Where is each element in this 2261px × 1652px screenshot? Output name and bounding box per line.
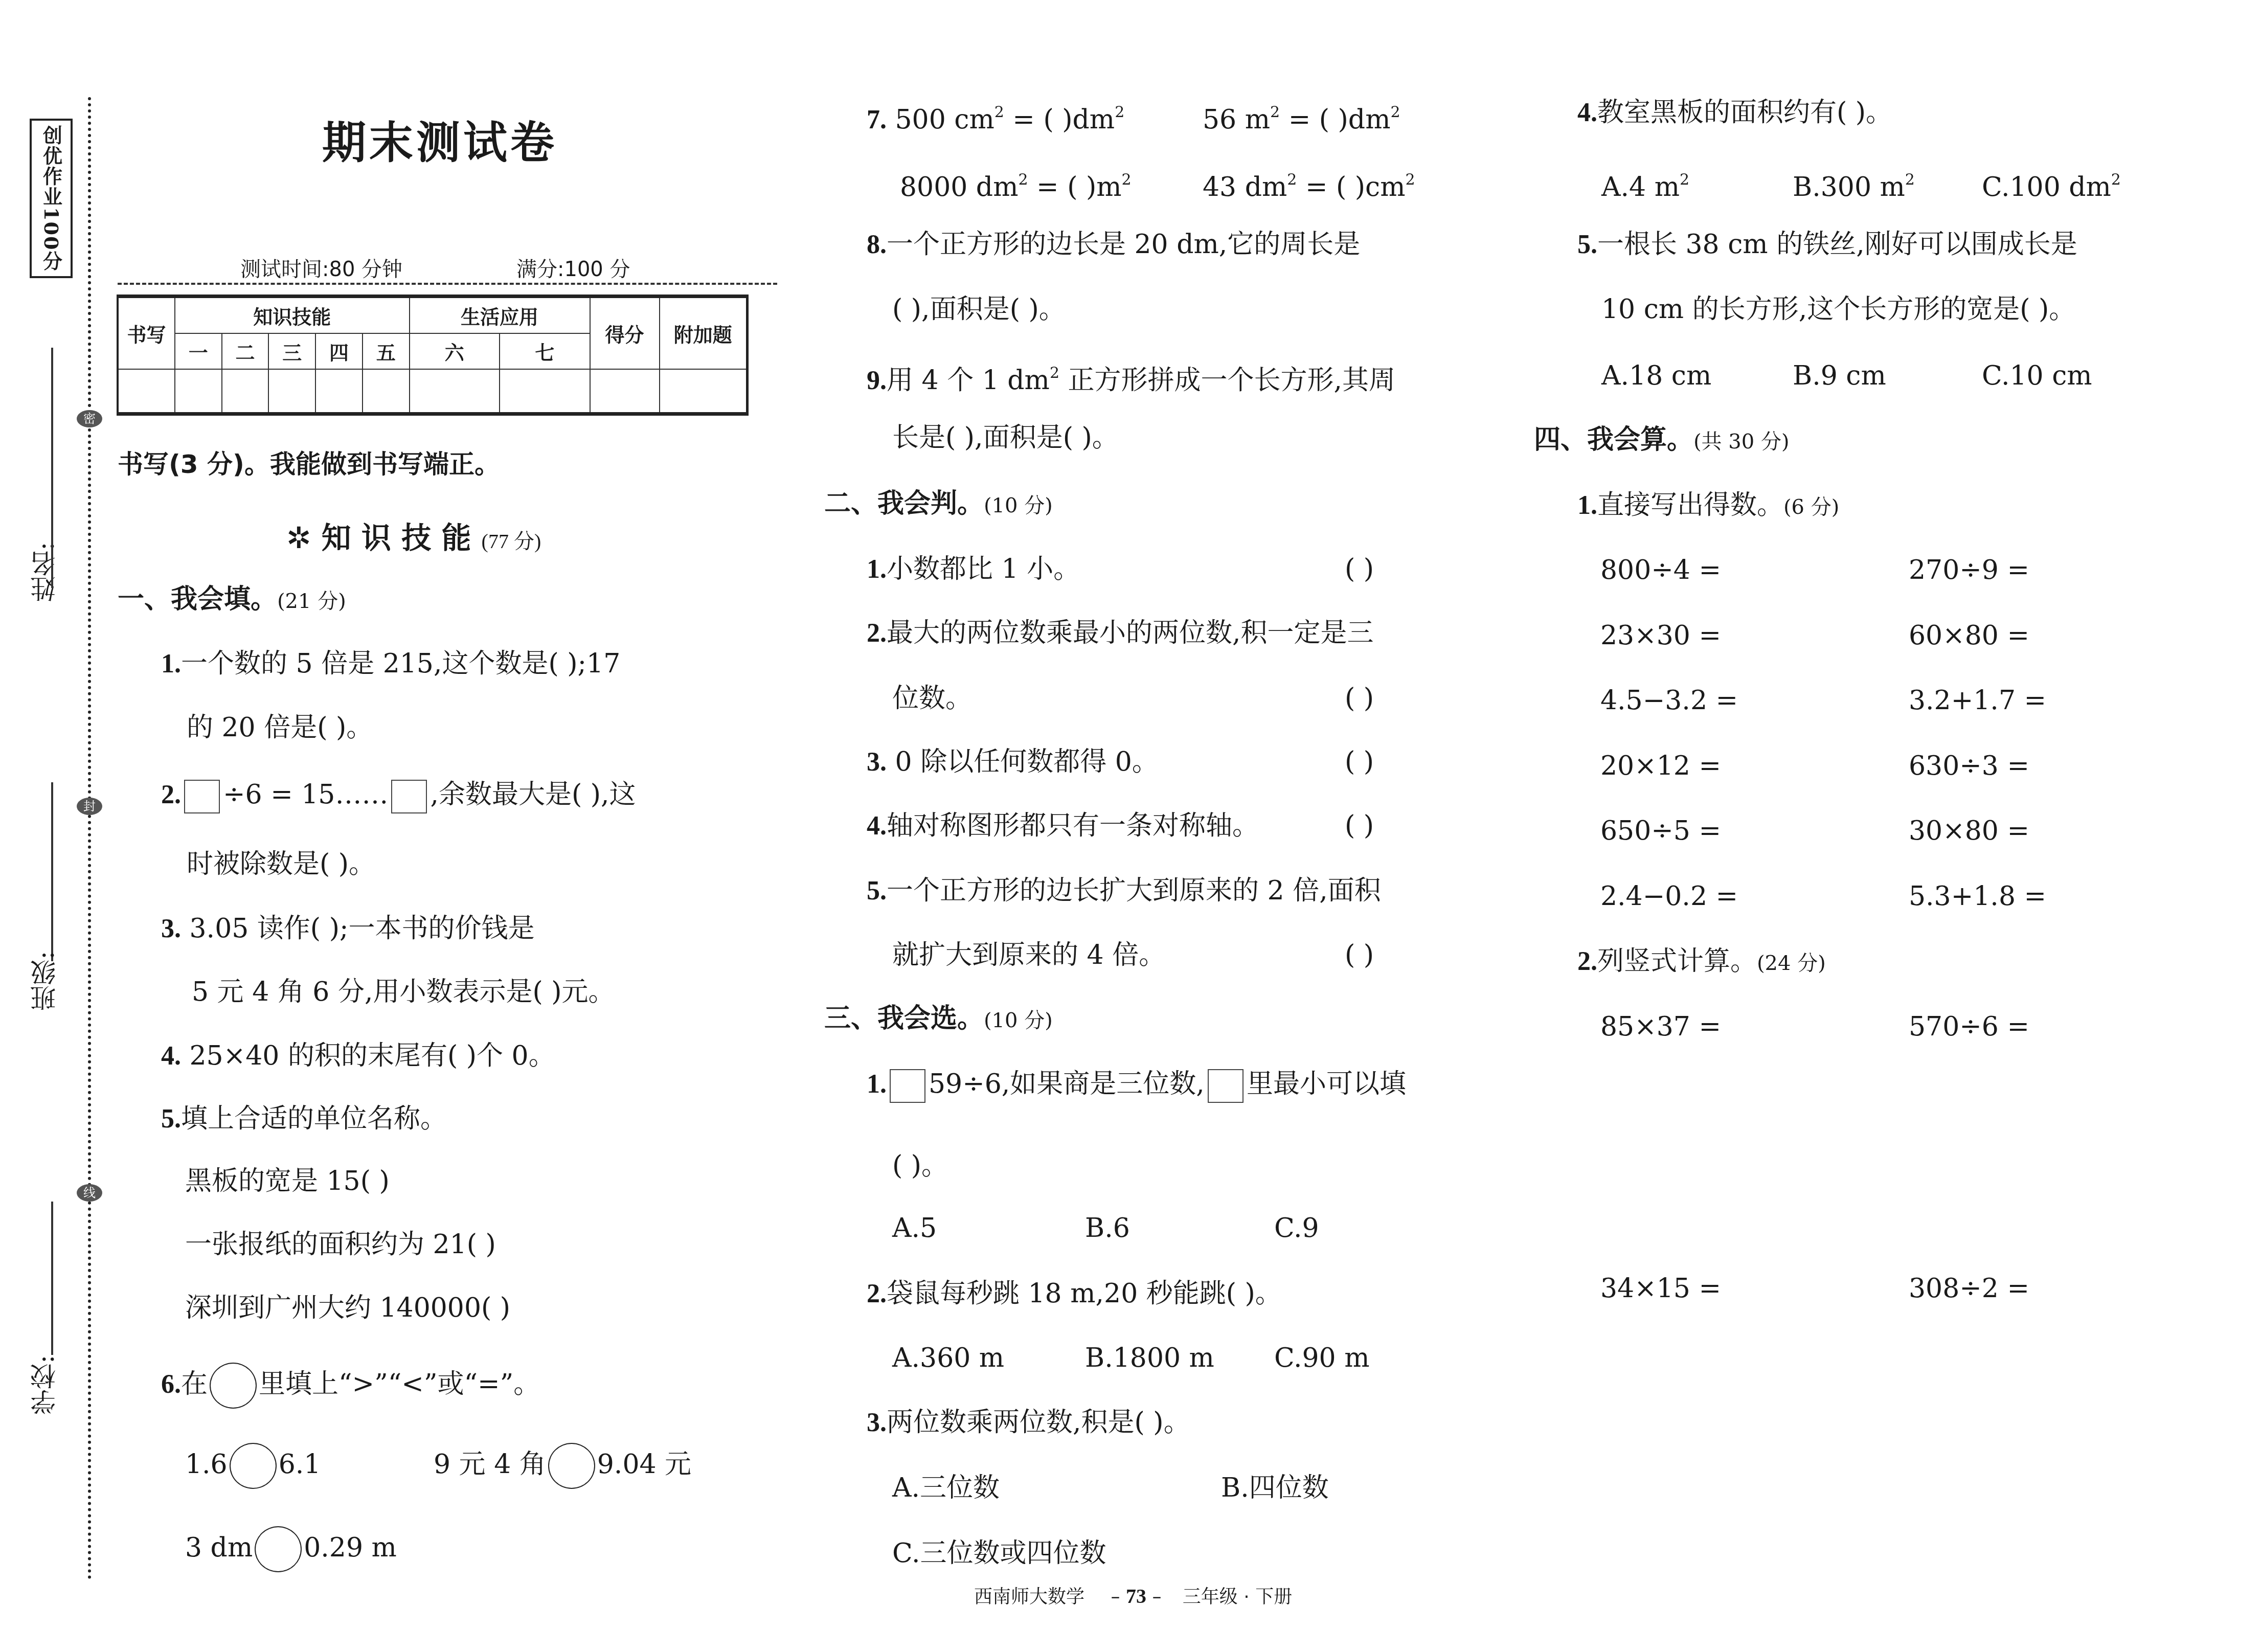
choice-3-option-b[interactable]: B.四位数 [1221,1473,1329,1503]
question-1-4: 4. 25×40 的积的末尾有( )个 0。 [161,1040,555,1072]
score-section-3: 三 [268,333,315,369]
part-knowledge-heading: ✲ 知 识 技 能 (77 分) [286,514,541,557]
score-section-2: 二 [222,333,269,369]
compare-item-2: 9 元 4 角9.04 元 [434,1443,691,1489]
writing-note: 书写(3 分)。我能做到书写端正。 [118,444,500,481]
section1-heading: 一、我会填。(21 分) [118,584,346,617]
score-cell-5[interactable] [363,369,410,414]
judge-item-3: 3. 0 除以任何数都得 0。 [867,746,1159,778]
oral-calc-6: 3.2+1.7 = [1909,685,2046,716]
section4-heading: 四、我会算。(共 30 分) [1534,424,1790,457]
oral-calc-8: 630÷3 = [1909,751,2029,781]
judge-item-4: 4.轴对称图形都只有一条对称轴。 [867,810,1259,842]
school-label: 学校: [27,1355,63,1415]
score-cell-total[interactable] [590,369,660,414]
oral-calc-2: 270÷9 = [1909,555,2029,585]
score-header-writing: 书写 [118,297,175,369]
vertical-calc-4: 308÷2 = [1909,1273,2029,1304]
oral-calc-7: 20×12 = [1600,751,1721,781]
score-table: 书写 知识技能 生活应用 得分 附加题 一 二 三 四 五 六 七 [117,295,749,416]
calc-sub1-heading: 1.直接写出得数。(6 分) [1577,490,1839,523]
score-cell-writing[interactable] [118,369,175,414]
choice-4-option-c[interactable]: C.100 dm2 [1982,165,2121,202]
question-1-8-cont: ( ),面积是( )。 [892,294,1066,325]
score-section-6: 六 [410,333,500,369]
vertical-calc-3: 34×15 = [1600,1273,1721,1304]
score-cell-2[interactable] [222,369,269,414]
choice-5-option-c[interactable]: C.10 cm [1982,360,2092,391]
vertical-calc-1: 85×37 = [1600,1011,1721,1042]
judge-answer-2[interactable]: ( ) [1345,683,1374,714]
page-title: 期末测试卷 [0,107,879,171]
compare-circle-example [210,1363,257,1409]
question-1-7-b: 56 m2 = ( )dm2 [1203,97,1400,135]
choice-question-2: 2.袋鼠每秒跳 18 m,20 秒能跳( )。 [867,1278,1282,1309]
oral-calc-1: 800÷4 = [1600,555,1721,585]
judge-answer-5[interactable]: ( ) [1345,940,1374,970]
compare-circle-2[interactable] [548,1443,595,1489]
score-cell-7[interactable] [500,369,590,414]
question-1-5: 5.填上合适的单位名称。 [161,1103,447,1135]
judge-answer-3[interactable]: ( ) [1345,746,1374,777]
question-1-9-cont: 长是( ),面积是( )。 [892,422,1119,453]
question-1-7-row1: 7. 500 cm2 = ( )dm2 [867,97,1124,135]
choice-4-option-a[interactable]: A.4 m2 [1601,165,1689,202]
class-field-line [51,818,53,961]
choice-3-option-a[interactable]: A.三位数 [892,1473,1000,1503]
name-label: 姓名: [27,542,63,602]
score-header-knowledge: 知识技能 [175,297,410,333]
digit-box-2 [1208,1069,1243,1103]
choice-5-option-a[interactable]: A.18 cm [1601,360,1711,391]
choice-question-1-cont: ( )。 [892,1150,948,1181]
question-1-6: 6.在里填上“>”“<”或“=”。 [161,1363,540,1409]
binding-cut-line [88,97,91,1580]
oral-calc-4: 60×80 = [1909,620,2029,651]
oral-calc-10: 30×80 = [1909,816,2029,846]
part-knowledge-title: 知 识 技 能 [322,521,471,555]
score-header-bonus: 附加题 [660,297,748,369]
seal-feng-icon: 封 [77,798,102,815]
choice-2-option-a[interactable]: A.360 m [892,1343,1004,1373]
compare-circle-1[interactable] [230,1443,277,1489]
choice-question-5-cont: 10 cm 的长方形,这个长方形的宽是( )。 [1601,294,2075,325]
oral-calc-12: 5.3+1.8 = [1909,881,2046,912]
score-cell-6[interactable] [410,369,500,414]
digit-box-1[interactable] [890,1069,925,1103]
choice-1-option-a[interactable]: A.5 [892,1213,937,1243]
score-header-application: 生活应用 [410,297,590,333]
judge-item-2: 2.最大的两位数乘最小的两位数,积一定是三 [867,618,1374,649]
unit-item-3: 深圳到广州大约 140000( ) [185,1293,510,1323]
page-number: 73 [1126,1585,1146,1608]
footer-grade: 三年级 · 下册 [1183,1587,1292,1608]
section3-heading: 三、我会选。(10 分) [824,1003,1053,1036]
oral-calc-11: 2.4−0.2 = [1600,881,1738,912]
choice-4-option-b[interactable]: B.300 m2 [1793,165,1915,202]
flower-icon: ✲ [286,521,311,555]
judge-item-2-cont: 位数。 [892,683,972,714]
question-1-1-cont: 的 20 倍是( )。 [187,712,373,743]
oral-calc-3: 23×30 = [1600,620,1721,651]
seal-xian-icon: 线 [77,1184,102,1202]
choice-3-option-c[interactable]: C.三位数或四位数 [892,1538,1106,1569]
judge-item-1: 1.小数都比 1 小。 [867,554,1080,585]
score-section-7: 七 [500,333,590,369]
score-section-1: 一 [175,333,222,369]
score-cell-bonus[interactable] [660,369,748,414]
test-time: 测试时间:80 分钟 [240,253,402,282]
judge-item-5: 5.一个正方形的边长扩大到原来的 2 倍,面积 [867,875,1381,907]
judge-answer-4[interactable]: ( ) [1345,810,1374,841]
section2-heading: 二、我会判。(10 分) [824,488,1053,521]
seal-mi-icon: 密 [77,410,102,427]
page-footer: 西南师大数学 – 73 – 三年级 · 下册 [974,1582,1292,1609]
question-1-7-c: 8000 dm2 = ( )m2 [900,165,1132,202]
compare-circle-3[interactable] [255,1526,302,1572]
oral-calc-9: 650÷5 = [1600,816,1721,846]
dividend-box[interactable] [184,780,220,813]
question-1-7-d: 43 dm2 = ( )cm2 [1203,165,1415,202]
question-1-2-cont: 时被除数是( )。 [187,849,375,879]
choice-1-option-c[interactable]: C.9 [1274,1213,1319,1243]
question-1-1: 1.一个数的 5 倍是 215,这个数是( );17 [161,648,620,680]
question-1-8: 8.一个正方形的边长是 20 dm,它的周长是 [867,229,1360,260]
question-1-3-cont: 5 元 4 角 6 分,用小数表示是( )元。 [192,977,615,1007]
part-knowledge-points: (77 分) [482,530,541,553]
vertical-calc-2: 570÷6 = [1909,1011,2029,1042]
calc-sub2-heading: 2.列竖式计算。(24 分) [1577,946,1826,979]
choice-1-option-b[interactable]: B.6 [1085,1213,1130,1243]
score-cell-4[interactable] [315,369,363,414]
choice-2-option-c[interactable]: C.90 m [1274,1343,1369,1373]
score-section-5: 五 [363,333,410,369]
class-label: 班级: [27,951,63,1011]
question-1-3: 3. 3.05 读作( );一本书的价钱是 [161,913,534,944]
score-section-4: 四 [315,333,363,369]
judge-item-5-cont: 就扩大到原来的 4 倍。 [892,940,1165,970]
score-header-total: 得分 [590,297,660,369]
name-field-line [51,378,53,588]
school-field[interactable] [51,1202,53,1355]
choice-2-option-b[interactable]: B.1800 m [1085,1343,1214,1373]
header-divider [118,283,777,285]
compare-item-1: 1.66.1 [185,1443,321,1489]
question-1-9: 9.用 4 个 1 dm2 正方形拼成一个长方形,其周 [867,358,1395,396]
choice-question-4: 4.教室黑板的面积约有( )。 [1577,97,1892,128]
choice-question-3: 3.两位数乘两位数,积是( )。 [867,1407,1190,1438]
unit-item-2: 一张报纸的面积约为 21( ) [185,1229,496,1260]
compare-item-3: 3 dm0.29 m [185,1526,397,1572]
unit-item-1: 黑板的宽是 15( ) [185,1166,390,1196]
score-cell-3[interactable] [268,369,315,414]
question-1-2: 2.÷6 = 15……,余数最大是( ),这 [161,779,636,813]
footer-publisher: 西南师大数学 [974,1587,1084,1608]
choice-5-option-b[interactable]: B.9 cm [1793,360,1886,391]
remainder-box[interactable] [391,780,427,813]
choice-question-1: 1.59÷6,如果商是三位数,里最小可以填 [867,1069,1406,1103]
full-score: 满分:100 分 [516,253,630,282]
oral-calc-5: 4.5−3.2 = [1600,685,1738,716]
choice-question-5: 5.一根长 38 cm 的铁丝,刚好可以围成长是 [1577,229,2077,260]
judge-answer-1[interactable]: ( ) [1345,554,1374,584]
score-cell-1[interactable] [175,369,222,414]
